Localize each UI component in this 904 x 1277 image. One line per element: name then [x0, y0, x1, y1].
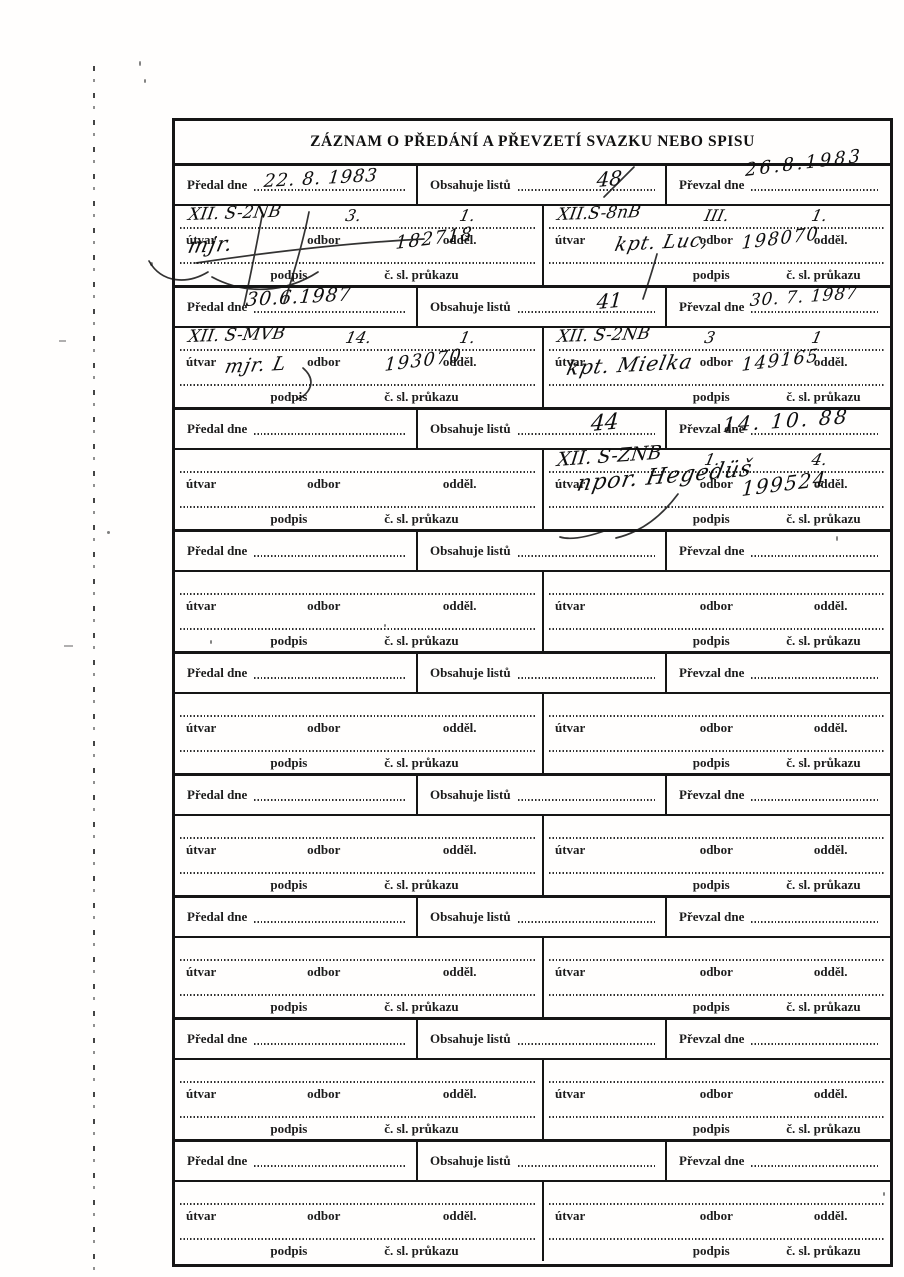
dotted-line [549, 1116, 885, 1118]
prukaz-label: č. sl. průkazu [384, 389, 458, 405]
handover-header-row: Předal dne Obsahuje listů Převzal dne [175, 654, 890, 694]
odbor-label: odbor [307, 964, 340, 980]
odbor-label: odbor [700, 1086, 733, 1102]
podpis-label: podpis [270, 1243, 307, 1259]
obsahuje-listu-label: Obsahuje listů [430, 177, 511, 193]
dotted-line [254, 677, 406, 679]
obsahuje-listu-cell: Obsahuje listů [418, 532, 667, 570]
dotted-line [180, 349, 537, 351]
prevzal-dne-label: Převzal dne [679, 1031, 744, 1047]
dotted-line [549, 872, 885, 874]
dotted-line [549, 1081, 885, 1083]
odbor-label: odbor [307, 1086, 340, 1102]
obsahuje-listu-label: Obsahuje listů [430, 543, 511, 559]
podpis-label: podpis [693, 1243, 730, 1259]
detail-row: útvar odbor odděl. podpis č. sl. průkazu… [175, 450, 890, 529]
prukaz-label: č. sl. průkazu [384, 633, 458, 649]
utvar-value: XII. S-MVB [187, 326, 286, 346]
receiving-party-panel: útvar odbor odděl. podpis č. sl. průkazu [544, 1060, 890, 1139]
dotted-line [518, 189, 655, 191]
dotted-line [549, 384, 885, 386]
handover-header-row: Předal dne 30.6.1987 Obsahuje listů 41 P… [175, 288, 890, 328]
dotted-line [254, 921, 406, 923]
podpis-label: podpis [693, 877, 730, 893]
record-block: Předal dne 30.6.1987 Obsahuje listů 41 P… [175, 288, 890, 410]
podpis-label: podpis [270, 267, 307, 283]
signature-value: kpt. Mielka [565, 351, 695, 378]
utvar-label: útvar [186, 720, 216, 736]
podpis-label: podpis [270, 389, 307, 405]
record-block: Předal dne Obsahuje listů Převzal dne út… [175, 776, 890, 898]
podpis-label: podpis [693, 755, 730, 771]
obsahuje-listu-label: Obsahuje listů [430, 299, 511, 315]
odbor-label: odbor [307, 720, 340, 736]
podpis-label: podpis [270, 755, 307, 771]
utvar-label: útvar [186, 1086, 216, 1102]
scan-speck [144, 79, 146, 83]
oddel-label: odděl. [814, 1086, 848, 1102]
dotted-line [549, 837, 885, 839]
odbor-label: odbor [307, 842, 340, 858]
dotted-line [549, 994, 885, 996]
receiving-party-panel: útvar odbor odděl. podpis č. sl. průkazu [544, 1182, 890, 1261]
detail-row: útvar odbor odděl. podpis č. sl. průkazu… [175, 694, 890, 773]
handover-header-row: Předal dne Obsahuje listů Převzal dne [175, 532, 890, 572]
detail-row: útvar odbor odděl. podpis č. sl. průkazu… [175, 206, 890, 285]
utvar-value: XII.S-8nB [556, 204, 642, 224]
oddel-label: odděl. [814, 1208, 848, 1224]
record-block: Předal dne Obsahuje listů Převzal dne út… [175, 654, 890, 776]
odbor-value: III. [703, 208, 730, 224]
obsahuje-listu-cell: Obsahuje listů [418, 898, 667, 936]
prevzal-dne-cell: Převzal dne [667, 1020, 890, 1058]
dotted-line [254, 799, 406, 801]
utvar-value: XII. S-2NB [556, 326, 651, 346]
dotted-line [254, 555, 406, 557]
handing-party-panel: útvar odbor odděl. podpis č. sl. průkazu [175, 572, 544, 651]
utvar-label: útvar [186, 476, 216, 492]
obsahuje-listu-value: 44 [590, 411, 619, 436]
prukaz-label: č. sl. průkazu [384, 999, 458, 1015]
prevzal-dne-cell: Převzal dne [667, 532, 890, 570]
signature-value: mjr. L [223, 355, 289, 377]
oddel-value: 1. [810, 208, 829, 224]
obsahuje-listu-cell: Obsahuje listů 44 [418, 410, 667, 448]
predal-dne-cell: Předal dne [175, 532, 418, 570]
dotted-line [180, 1203, 537, 1205]
prukaz-label: č. sl. průkazu [384, 267, 458, 283]
prukaz-label: č. sl. průkazu [384, 877, 458, 893]
oddel-label: odděl. [443, 1086, 477, 1102]
dotted-line [518, 311, 655, 313]
oddel-label: odděl. [443, 964, 477, 980]
receiving-party-panel: útvar odbor odděl. podpis č. sl. průkazu… [544, 450, 890, 529]
detail-row: útvar odbor odděl. podpis č. sl. průkazu… [175, 816, 890, 895]
predal-dne-label: Předal dne [187, 177, 247, 193]
record-form: ZÁZNAM O PŘEDÁNÍ A PŘEVZETÍ SVAZKU NEBO … [172, 118, 893, 1267]
dotted-line [180, 837, 537, 839]
predal-dne-cell: Předal dne [175, 1020, 418, 1058]
utvar-label: útvar [186, 964, 216, 980]
prevzal-dne-label: Převzal dne [679, 299, 744, 315]
utvar-label: útvar [555, 964, 585, 980]
dotted-line [549, 1238, 885, 1240]
handing-party-panel: útvar odbor odděl. podpis č. sl. průkazu [175, 938, 544, 1017]
predal-dne-label: Předal dne [187, 787, 247, 803]
obsahuje-listu-label: Obsahuje listů [430, 1153, 511, 1169]
podpis-label: podpis [270, 877, 307, 893]
prukaz-value: 198070 [741, 225, 820, 253]
odbor-label: odbor [307, 598, 340, 614]
prukaz-value: 182718 [395, 225, 474, 253]
utvar-value: XII. S-2NB [187, 204, 282, 224]
oddel-value: 1. [458, 330, 477, 346]
utvar-label: útvar [186, 354, 216, 370]
scan-speck [150, 262, 153, 266]
oddel-label: odděl. [443, 598, 477, 614]
prukaz-value: 193070 [384, 347, 463, 375]
dotted-line [549, 1203, 885, 1205]
record-block: Předal dne Obsahuje listů Převzal dne út… [175, 532, 890, 654]
podpis-label: podpis [693, 511, 730, 527]
dotted-line [751, 1043, 880, 1045]
prukaz-label: č. sl. průkazu [786, 1243, 860, 1259]
predal-dne-cell: Předal dne [175, 776, 418, 814]
utvar-label: útvar [555, 232, 585, 248]
prevzal-dne-label: Převzal dne [679, 665, 744, 681]
predal-dne-cell: Předal dne 22. 8. 1983 [175, 166, 418, 204]
record-block: Předal dne Obsahuje listů 44 Převzal dne… [175, 410, 890, 532]
dotted-line [254, 1165, 406, 1167]
podpis-label: podpis [693, 999, 730, 1015]
prevzal-dne-label: Převzal dne [679, 1153, 744, 1169]
predal-dne-label: Předal dne [187, 543, 247, 559]
dotted-line [180, 872, 537, 874]
prukaz-label: č. sl. průkazu [786, 877, 860, 893]
prukaz-value: 149165 [741, 347, 820, 375]
prevzal-dne-cell: Převzal dne [667, 654, 890, 692]
dotted-line [549, 349, 885, 351]
dotted-line [180, 959, 537, 961]
oddel-label: odděl. [814, 720, 848, 736]
utvar-label: útvar [555, 842, 585, 858]
prevzal-dne-cell: Převzal dne 26.8.1983 [667, 166, 890, 204]
odbor-value: 14. [344, 330, 373, 346]
receiving-party-panel: útvar odbor odděl. podpis č. sl. průkazu [544, 816, 890, 895]
handing-party-panel: útvar odbor odděl. podpis č. sl. průkazu [175, 1182, 544, 1261]
dotted-line [180, 1238, 537, 1240]
predal-dne-cell: Předal dne [175, 1142, 418, 1180]
receiving-party-panel: útvar odbor odděl. podpis č. sl. průkazu… [544, 206, 890, 285]
record-block: Předal dne Obsahuje listů Převzal dne út… [175, 898, 890, 1020]
dotted-line [549, 593, 885, 595]
handing-party-panel: útvar odbor odděl. podpis č. sl. průkazu [175, 450, 544, 529]
odbor-label: odbor [700, 842, 733, 858]
podpis-label: podpis [693, 633, 730, 649]
scanned-page: ZÁZNAM O PŘEDÁNÍ A PŘEVZETÍ SVAZKU NEBO … [0, 0, 904, 1277]
odbor-value: 3. [344, 208, 363, 224]
obsahuje-listu-cell: Obsahuje listů [418, 776, 667, 814]
prukaz-label: č. sl. průkazu [786, 511, 860, 527]
utvar-label: útvar [186, 842, 216, 858]
oddel-label: odděl. [443, 1208, 477, 1224]
oddel-label: odděl. [443, 842, 477, 858]
handover-header-row: Předal dne Obsahuje listů Převzal dne [175, 776, 890, 816]
dotted-line [518, 555, 655, 557]
odbor-label: odbor [700, 964, 733, 980]
obsahuje-listu-label: Obsahuje listů [430, 787, 511, 803]
dotted-line [751, 921, 880, 923]
obsahuje-listu-label: Obsahuje listů [430, 421, 511, 437]
prukaz-label: č. sl. průkazu [384, 511, 458, 527]
dotted-line [751, 311, 880, 313]
podpis-label: podpis [693, 267, 730, 283]
handover-header-row: Předal dne Obsahuje listů Převzal dne [175, 898, 890, 938]
dotted-line [518, 921, 655, 923]
dotted-line [518, 1043, 655, 1045]
odbor-label: odbor [700, 598, 733, 614]
obsahuje-listu-value: 41 [596, 290, 623, 312]
dotted-line [518, 433, 655, 435]
dotted-line [180, 471, 537, 473]
detail-row: útvar odbor odděl. podpis č. sl. průkazu… [175, 572, 890, 651]
scan-speck [107, 531, 110, 534]
odbor-value: 3 [703, 330, 717, 346]
dotted-line [180, 715, 537, 717]
prukaz-label: č. sl. průkazu [786, 755, 860, 771]
detail-row: útvar odbor odděl. podpis č. sl. průkazu… [175, 328, 890, 407]
podpis-label: podpis [270, 1121, 307, 1137]
dotted-line [180, 506, 537, 508]
prukaz-label: č. sl. průkazu [384, 1243, 458, 1259]
podpis-label: podpis [270, 633, 307, 649]
dotted-line [180, 262, 537, 264]
dotted-line [180, 628, 537, 630]
utvar-label: útvar [555, 1208, 585, 1224]
oddel-value: 1 [810, 330, 824, 346]
obsahuje-listu-cell: Obsahuje listů [418, 654, 667, 692]
dotted-line [518, 799, 655, 801]
predal-dne-cell: Předal dne [175, 898, 418, 936]
predal-dne-cell: Předal dne [175, 654, 418, 692]
receiving-party-panel: útvar odbor odděl. podpis č. sl. průkazu [544, 572, 890, 651]
obsahuje-listu-cell: Obsahuje listů [418, 1142, 667, 1180]
prevzal-dne-cell: Převzal dne [667, 776, 890, 814]
predal-dne-cell: Předal dne [175, 410, 418, 448]
signature-value: mjr. [186, 233, 235, 257]
prevzal-dne-cell: Převzal dne 14. 10. 88 [667, 410, 890, 448]
handing-party-panel: útvar odbor odděl. podpis č. sl. průkazu… [175, 328, 544, 407]
odbor-label: odbor [700, 1208, 733, 1224]
prukaz-label: č. sl. průkazu [786, 999, 860, 1015]
utvar-label: útvar [555, 598, 585, 614]
dotted-line [180, 1116, 537, 1118]
prevzal-dne-label: Převzal dne [679, 909, 744, 925]
obsahuje-listu-value: 48 [596, 168, 623, 190]
handing-party-panel: útvar odbor odděl. podpis č. sl. průkazu [175, 694, 544, 773]
oddel-value: 1. [458, 208, 477, 224]
oddel-label: odděl. [814, 964, 848, 980]
podpis-label: podpis [270, 511, 307, 527]
oddel-label: odděl. [443, 720, 477, 736]
handing-party-panel: útvar odbor odděl. podpis č. sl. průkazu [175, 1060, 544, 1139]
oddel-label: odděl. [814, 598, 848, 614]
utvar-label: útvar [186, 1208, 216, 1224]
record-block: Předal dne 22. 8. 1983 Obsahuje listů 48… [175, 166, 890, 288]
predal-dne-label: Předal dne [187, 1153, 247, 1169]
prevzal-dne-label: Převzal dne [679, 543, 744, 559]
dotted-line [549, 628, 885, 630]
dotted-line [751, 677, 880, 679]
odbor-label: odbor [307, 1208, 340, 1224]
dotted-line [518, 1165, 655, 1167]
prevzal-dne-label: Převzal dne [679, 177, 744, 193]
oddel-label: odděl. [443, 476, 477, 492]
handover-header-row: Předal dne 22. 8. 1983 Obsahuje listů 48… [175, 166, 890, 206]
detail-row: útvar odbor odděl. podpis č. sl. průkazu… [175, 1182, 890, 1261]
dotted-line [254, 311, 406, 313]
dotted-line [180, 750, 537, 752]
dotted-line [751, 555, 880, 557]
dotted-line [180, 994, 537, 996]
predal-dne-label: Předal dne [187, 421, 247, 437]
page-title: ZÁZNAM O PŘEDÁNÍ A PŘEVZETÍ SVAZKU NEBO … [310, 133, 755, 151]
dotted-line [549, 750, 885, 752]
podpis-label: podpis [693, 389, 730, 405]
obsahuje-listu-label: Obsahuje listů [430, 665, 511, 681]
dotted-line [549, 959, 885, 961]
dotted-line [518, 677, 655, 679]
obsahuje-listu-cell: Obsahuje listů 48 [418, 166, 667, 204]
utvar-label: útvar [186, 598, 216, 614]
predal-dne-label: Předal dne [187, 299, 247, 315]
dotted-line [549, 262, 885, 264]
record-blocks: Předal dne 22. 8. 1983 Obsahuje listů 48… [175, 166, 890, 1264]
prevzal-dne-label: Převzal dne [679, 787, 744, 803]
prevzal-dne-cell: Převzal dne [667, 898, 890, 936]
odbor-label: odbor [307, 354, 340, 370]
handover-header-row: Předal dne Obsahuje listů 44 Převzal dne… [175, 410, 890, 450]
predal-dne-value: 22. 8. 1983 [263, 167, 379, 191]
prevzal-dne-value: 14. 10. 88 [722, 406, 850, 435]
fold-line [93, 66, 95, 1277]
record-block: Předal dne Obsahuje listů Převzal dne út… [175, 1020, 890, 1142]
prukaz-label: č. sl. průkazu [786, 389, 860, 405]
predal-dne-label: Předal dne [187, 1031, 247, 1047]
predal-dne-label: Předal dne [187, 665, 247, 681]
prukaz-label: č. sl. průkazu [786, 633, 860, 649]
obsahuje-listu-cell: Obsahuje listů [418, 1020, 667, 1058]
dotted-line [549, 227, 885, 229]
utvar-label: útvar [555, 1086, 585, 1102]
odbor-label: odbor [307, 232, 340, 248]
dotted-line [180, 227, 537, 229]
dotted-line [751, 189, 880, 191]
oddel-label: odděl. [814, 842, 848, 858]
dotted-line [180, 384, 537, 386]
prevzal-dne-cell: Převzal dne 30. 7. 1987 [667, 288, 890, 326]
prukaz-label: č. sl. průkazu [786, 267, 860, 283]
receiving-party-panel: útvar odbor odděl. podpis č. sl. průkazu… [544, 328, 890, 407]
prukaz-label: č. sl. průkazu [384, 755, 458, 771]
dotted-line [254, 1043, 406, 1045]
prevzal-dne-cell: Převzal dne [667, 1142, 890, 1180]
obsahuje-listu-label: Obsahuje listů [430, 1031, 511, 1047]
obsahuje-listu-label: Obsahuje listů [430, 909, 511, 925]
handing-party-panel: útvar odbor odděl. podpis č. sl. průkazu [175, 816, 544, 895]
odbor-label: odbor [700, 354, 733, 370]
dotted-line [180, 1081, 537, 1083]
dotted-line [751, 799, 880, 801]
receiving-party-panel: útvar odbor odděl. podpis č. sl. průkazu [544, 694, 890, 773]
record-block: Předal dne Obsahuje listů Převzal dne út… [175, 1142, 890, 1264]
signature-value: kpt. Luc, [613, 231, 711, 255]
handing-party-panel: útvar odbor odděl. podpis č. sl. průkazu… [175, 206, 544, 285]
obsahuje-listu-cell: Obsahuje listů 41 [418, 288, 667, 326]
handover-header-row: Předal dne Obsahuje listů Převzal dne [175, 1142, 890, 1182]
receiving-party-panel: útvar odbor odděl. podpis č. sl. průkazu [544, 938, 890, 1017]
utvar-label: útvar [555, 720, 585, 736]
handover-header-row: Předal dne Obsahuje listů Převzal dne [175, 1020, 890, 1060]
podpis-label: podpis [693, 1121, 730, 1137]
predal-dne-label: Předal dne [187, 909, 247, 925]
detail-row: útvar odbor odděl. podpis č. sl. průkazu… [175, 1060, 890, 1139]
prukaz-label: č. sl. průkazu [384, 1121, 458, 1137]
podpis-label: podpis [270, 999, 307, 1015]
dotted-line [751, 1165, 880, 1167]
scan-speck [139, 61, 141, 66]
predal-dne-cell: Předal dne 30.6.1987 [175, 288, 418, 326]
dotted-line [254, 433, 406, 435]
detail-row: útvar odbor odděl. podpis č. sl. průkazu… [175, 938, 890, 1017]
predal-dne-value: 30.6.1987 [245, 285, 353, 310]
dotted-line [549, 715, 885, 717]
dotted-line [180, 593, 537, 595]
scan-speck [59, 340, 66, 342]
dotted-line [549, 506, 885, 508]
prukaz-label: č. sl. průkazu [786, 1121, 860, 1137]
prevzal-dne-value: 30. 7. 1987 [749, 285, 859, 310]
scan-speck [64, 645, 73, 647]
odbor-label: odbor [700, 720, 733, 736]
odbor-label: odbor [307, 476, 340, 492]
